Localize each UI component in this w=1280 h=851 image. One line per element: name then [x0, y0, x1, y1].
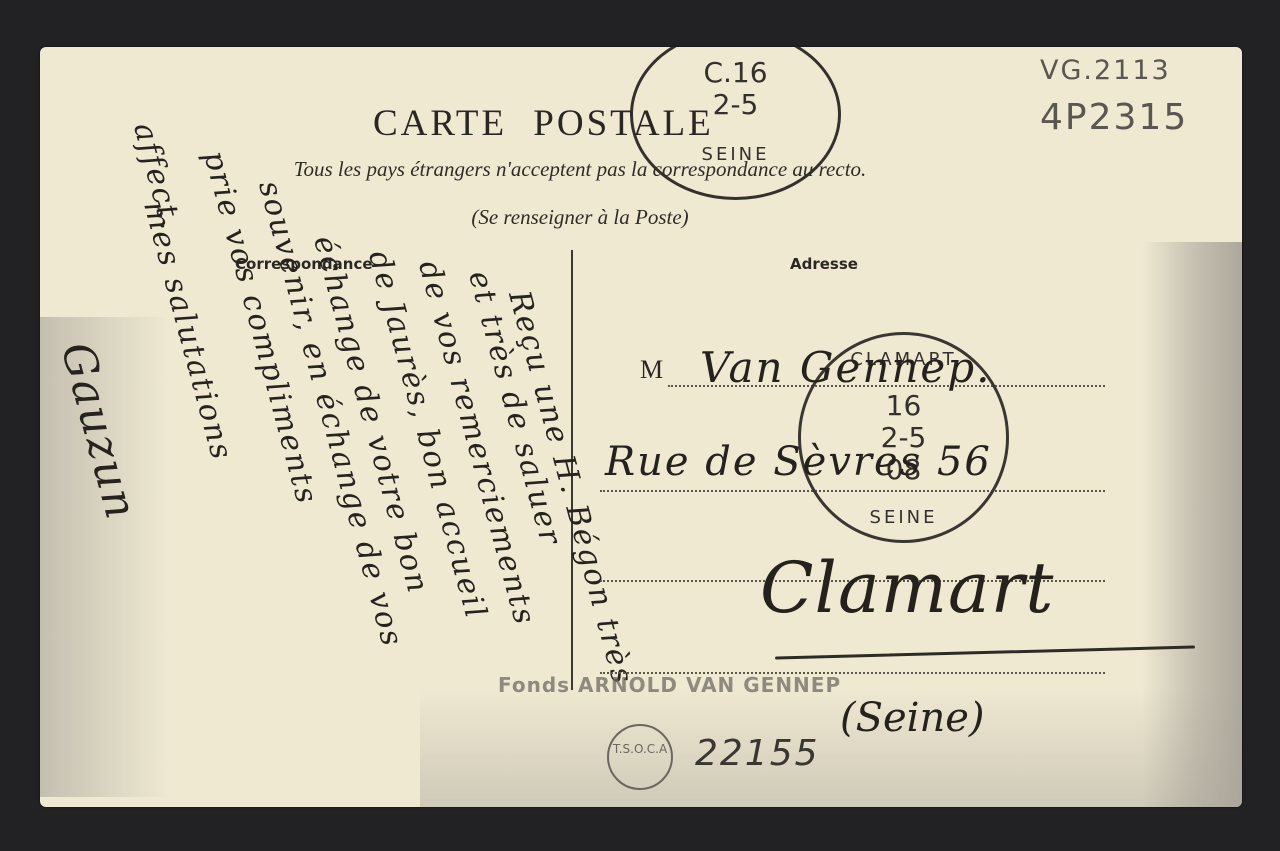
archive-stamp: T.S.O.C.A: [607, 724, 673, 790]
card-title: CARTE POSTALE: [373, 102, 714, 145]
recipient-city: Clamart: [760, 547, 1054, 629]
paper-stain: [420, 687, 1242, 807]
archive-stamp-text: T.S.O.C.A: [609, 726, 671, 756]
pencil-reference: VG.2113: [1040, 55, 1171, 86]
printed-notice: Tous les pays étrangers n'acceptent pas …: [200, 157, 960, 182]
inventory-number: 22155: [695, 733, 820, 774]
recipient-street: Rue de Sèvres 56: [605, 439, 992, 485]
pencil-reference: 4P2315: [1040, 97, 1188, 138]
address-label: Adresse: [790, 255, 858, 273]
postmark-line: 16: [801, 390, 1006, 422]
postmark-ring-text: SEINE: [801, 507, 1006, 528]
address-prefix: M: [640, 355, 663, 385]
postmark-line: C.16: [633, 57, 838, 89]
postcard-back: C.16 2-5 SEINE CARTE POSTALE Tous les pa…: [40, 47, 1242, 807]
handwritten-line: affect.: [126, 119, 188, 235]
printed-notice-sub: (Se renseigner à la Poste): [200, 205, 960, 230]
recipient-department: (Seine): [840, 695, 985, 741]
recipient-name: Van Gennep.: [700, 343, 992, 392]
city-underline: [775, 646, 1195, 660]
collection-stamp: Fonds ARNOLD VAN GENNEP: [498, 673, 841, 697]
